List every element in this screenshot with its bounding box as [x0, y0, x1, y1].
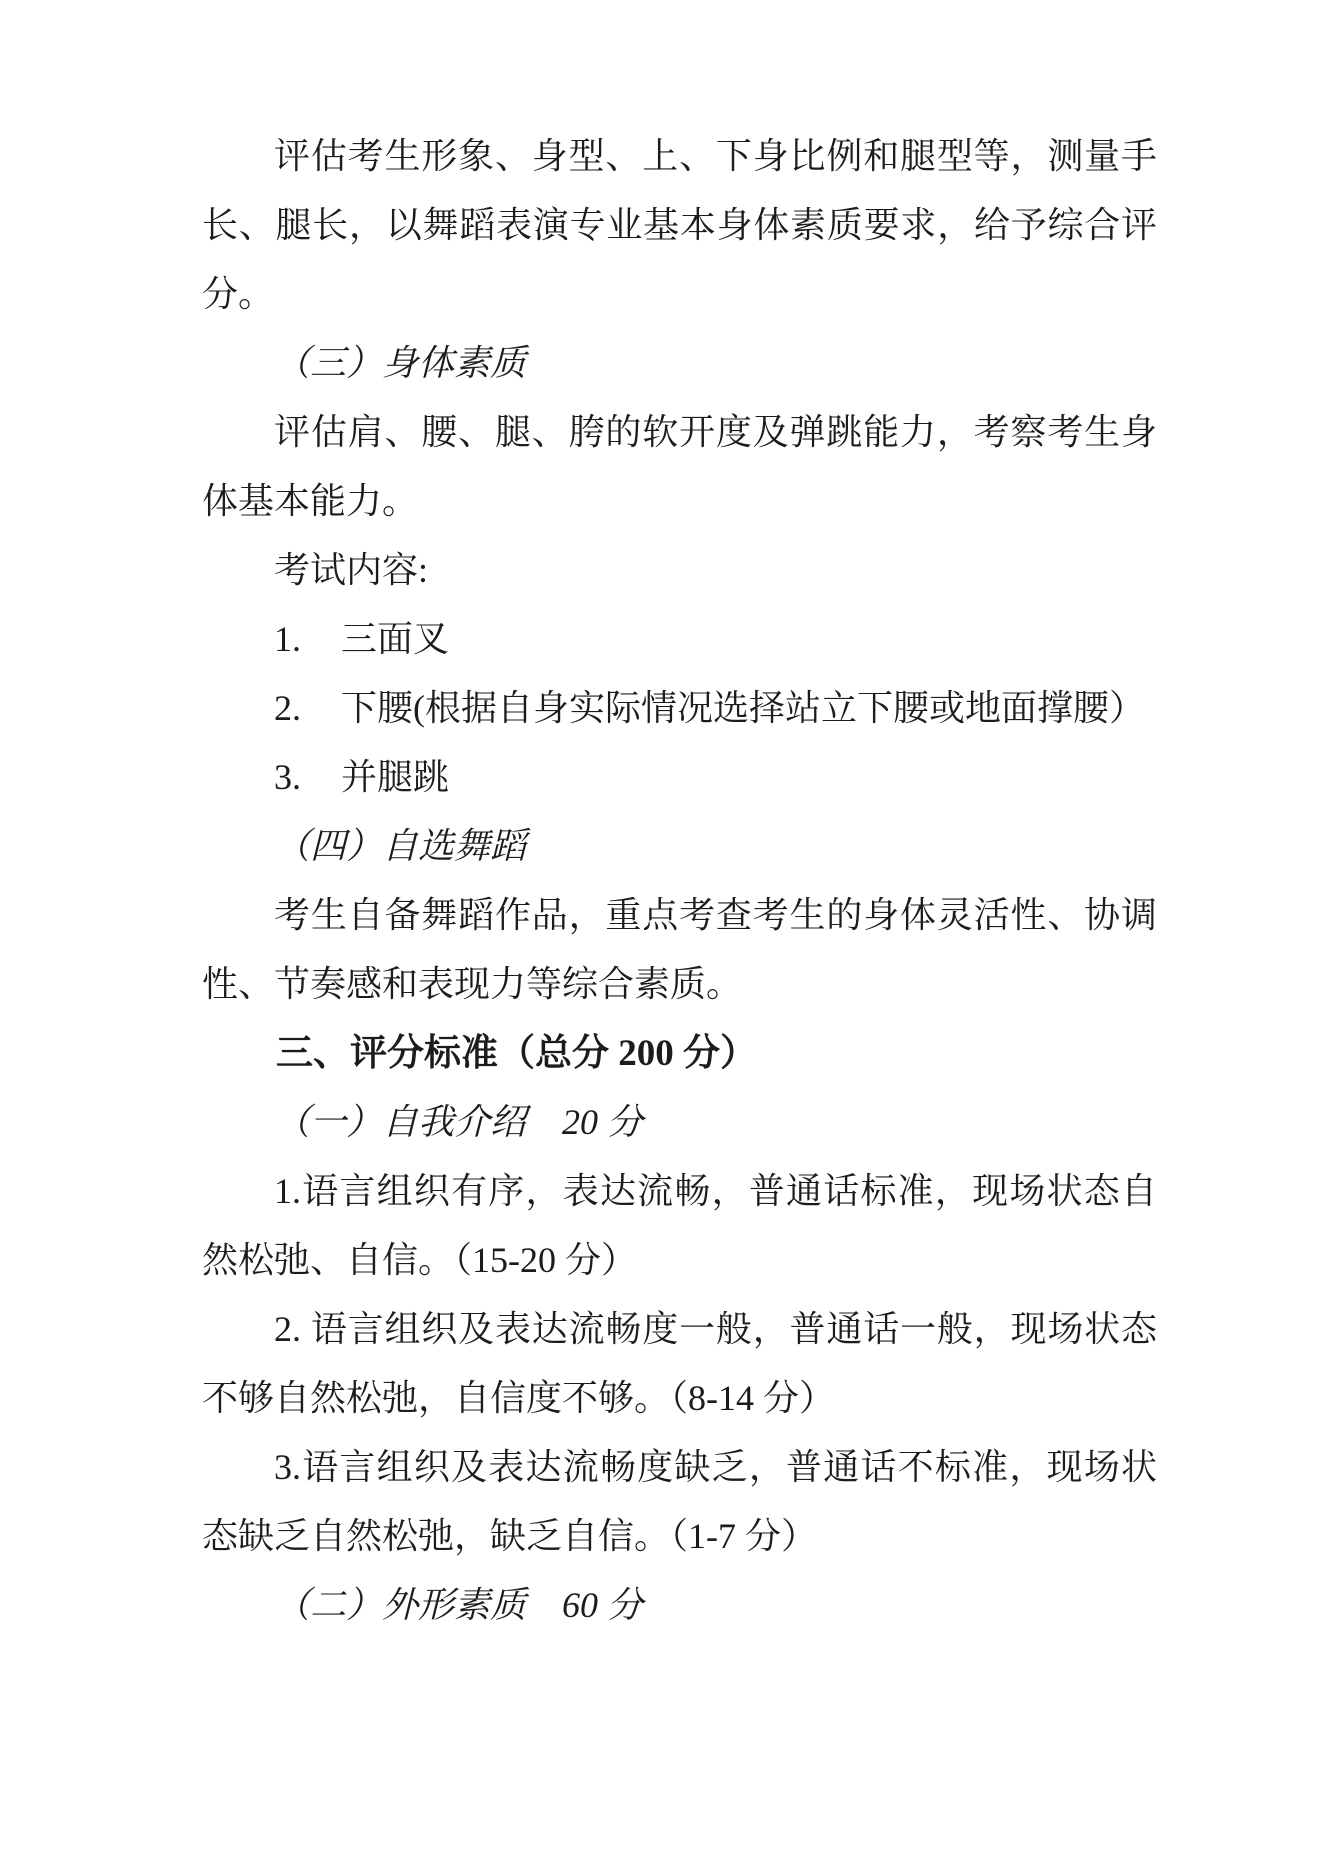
heading-appearance-quality-score: （二）外形素质 60 分	[202, 1571, 1157, 1640]
paragraph-score-criteria-2: 2. 语言组织及表达流畅度一般，普通话一般，现场状态不够自然松弛，自信度不够。（…	[202, 1295, 1157, 1433]
heading-self-introduction-score: （一）自我介绍 20 分	[202, 1088, 1157, 1157]
paragraph-body-quality-evaluation: 评估肩、腰、腿、胯的软开度及弹跳能力，考察考生身体基本能力。	[202, 398, 1157, 536]
list-item-number: 2.	[274, 674, 341, 743]
document-page: 评估考生形象、身型、上、下身比例和腿型等，测量手长、腿长，以舞蹈表演专业基本身体…	[0, 0, 1323, 1871]
paragraph-score-criteria-3: 3.语言组织及表达流畅度缺乏，普通话不标准，现场状态缺乏自然松弛，缺乏自信。（1…	[202, 1433, 1157, 1571]
list-item-text: 下腰(根据自身实际情况选择站立下腰或地面撑腰）	[341, 688, 1145, 728]
list-item-text: 并腿跳	[341, 757, 449, 797]
list-item: 1.三面叉	[202, 605, 1157, 674]
heading-section-3-body-quality: （三）身体素质	[202, 329, 1157, 398]
paragraph-score-criteria-1: 1.语言组织有序，表达流畅，普通话标准，现场状态自然松弛、自信。（15-20 分…	[202, 1157, 1157, 1295]
list-item-number: 1.	[274, 605, 341, 674]
list-item: 3.并腿跳	[202, 743, 1157, 812]
list-item-text: 三面叉	[341, 619, 449, 659]
paragraph-free-dance-description: 考生自备舞蹈作品，重点考查考生的身体灵活性、协调性、节奏感和表现力等综合素质。	[202, 881, 1157, 1019]
list-item: 2.下腰(根据自身实际情况选择站立下腰或地面撑腰）	[202, 674, 1157, 743]
paragraph-appearance-evaluation: 评估考生形象、身型、上、下身比例和腿型等，测量手长、腿长，以舞蹈表演专业基本身体…	[202, 122, 1157, 329]
list-item-number: 3.	[274, 743, 341, 812]
paragraph-exam-content-label: 考试内容:	[202, 536, 1157, 605]
heading-section-4-free-dance: （四）自选舞蹈	[202, 812, 1157, 881]
heading-scoring-standard: 三、评分标准（总分 200 分）	[202, 1019, 1157, 1088]
document-body: 评估考生形象、身型、上、下身比例和腿型等，测量手长、腿长，以舞蹈表演专业基本身体…	[202, 122, 1157, 1640]
